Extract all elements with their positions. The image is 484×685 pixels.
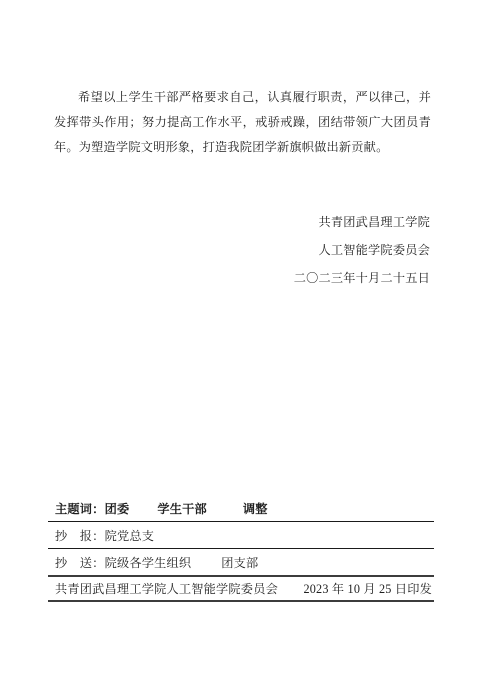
- document-page: 希望以上学生干部严格要求自己，认真履行职责，严以律己，并发挥带头作用；努力提高工…: [0, 0, 484, 685]
- issuer-row: 共青团武昌理工学院人工智能学院委员会 2023 年 10 月 25 日印发: [48, 577, 434, 602]
- print-date: 2023 年 10 月 25 日印发: [303, 580, 432, 597]
- issuer-name: 共青团武昌理工学院人工智能学院委员会: [55, 580, 278, 597]
- signature-org-line2: 人工智能学院委员会: [294, 236, 430, 264]
- copy-send-value: 团支部: [221, 554, 258, 571]
- footer-block: 主题词： 团委 学生干部 调整 抄 报： 院党总支 抄 送： 院级各学生组织 团…: [48, 496, 434, 602]
- body-paragraph: 希望以上学生干部严格要求自己，认真履行职责，严以律己，并发挥带头作用；努力提高工…: [54, 85, 431, 160]
- copy-send-label: 抄 送：: [55, 554, 105, 571]
- copy-report-label: 抄 报：: [55, 527, 105, 544]
- subject-words-row: 主题词： 团委 学生干部 调整: [48, 496, 434, 522]
- copy-report-value: 院党总支: [105, 527, 155, 544]
- copy-send-value: 院级各学生组织: [105, 554, 192, 571]
- subject-term: 团委: [105, 500, 130, 517]
- signature-date: 二〇二三年十月二十五日: [294, 264, 430, 292]
- signature-block: 共青团武昌理工学院 人工智能学院委员会 二〇二三年十月二十五日: [294, 208, 430, 292]
- subject-words-label: 主题词：: [55, 500, 105, 517]
- subject-term: 调整: [243, 500, 268, 517]
- signature-org-line1: 共青团武昌理工学院: [294, 208, 430, 236]
- copy-report-row: 抄 报： 院党总支: [48, 522, 434, 549]
- subject-term: 学生干部: [157, 500, 207, 517]
- copy-send-row: 抄 送： 院级各学生组织 团支部: [48, 549, 434, 577]
